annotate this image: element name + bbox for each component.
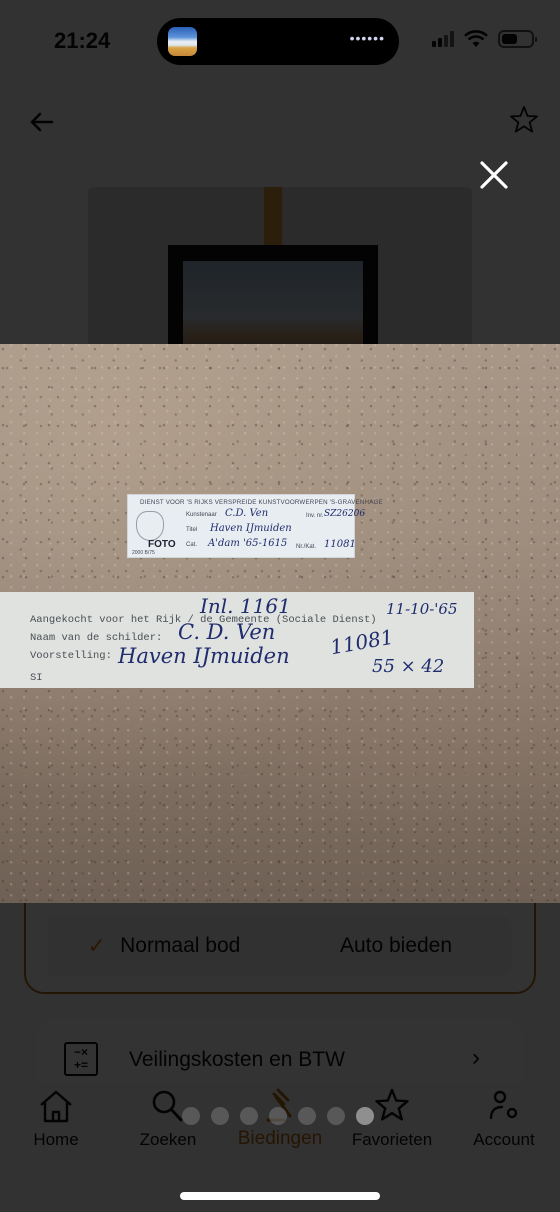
si-line: SI bbox=[30, 672, 43, 684]
star-icon bbox=[372, 1088, 412, 1124]
artist-field-label: Kunstenaar bbox=[186, 512, 217, 518]
handwritten-title: Haven IJmuiden bbox=[118, 644, 290, 668]
top-nav bbox=[0, 100, 560, 144]
artist-value: C.D. Ven bbox=[225, 508, 268, 519]
pager-dot[interactable] bbox=[211, 1107, 229, 1125]
pager-dot[interactable] bbox=[298, 1107, 316, 1125]
home-icon bbox=[36, 1088, 76, 1124]
cellular-signal-icon bbox=[432, 31, 454, 47]
catalog-value: A'dam '65-1615 bbox=[208, 538, 287, 549]
pager-dot[interactable] bbox=[240, 1107, 258, 1125]
foto-stamp: FOTO bbox=[148, 539, 176, 550]
tab-home[interactable]: Home bbox=[0, 1088, 112, 1150]
collection-label-header: DIENST VOOR 'S RIJKS VERSPREIDE KUNSTVOO… bbox=[140, 499, 383, 506]
auction-costs-label: Veilingskosten en BTW bbox=[129, 1048, 345, 1072]
label-code: 2000 B/75 bbox=[132, 550, 155, 556]
back-arrow-icon[interactable] bbox=[26, 106, 58, 138]
status-time: 21:24 bbox=[54, 28, 110, 54]
lightbox-photo[interactable]: DIENST VOOR 'S RIJKS VERSPREIDE KUNSTVOO… bbox=[0, 344, 560, 903]
dynamic-island[interactable]: •••••• bbox=[157, 18, 399, 65]
audio-waveform-icon: •••••• bbox=[350, 30, 385, 46]
close-icon[interactable] bbox=[476, 157, 512, 193]
check-icon: ✓ bbox=[88, 933, 106, 959]
pager-dot[interactable] bbox=[327, 1107, 345, 1125]
photo-pager bbox=[182, 1107, 374, 1125]
calculator-icon: −×+= bbox=[64, 1042, 98, 1076]
now-playing-artwork bbox=[168, 27, 197, 56]
tab-account[interactable]: Account bbox=[448, 1088, 560, 1150]
battery-icon bbox=[498, 30, 534, 48]
auto-bid-option[interactable]: Auto bieden bbox=[280, 916, 512, 976]
inventory-value: SZ26206 bbox=[324, 509, 365, 519]
catalog-field-label: Cat. bbox=[186, 542, 197, 548]
number-value: 11081 bbox=[324, 539, 356, 550]
collection-label: DIENST VOOR 'S RIJKS VERSPREIDE KUNSTVOO… bbox=[127, 494, 355, 558]
chevron-right-icon: › bbox=[472, 1044, 480, 1072]
account-settings-icon bbox=[484, 1088, 524, 1124]
normal-bid-label: Normaal bod bbox=[120, 934, 240, 958]
handwritten-painter: C. D. Ven bbox=[178, 620, 275, 644]
handwritten-inl: Inl. 1161 bbox=[200, 594, 291, 618]
title-value: Haven IJmuiden bbox=[210, 523, 292, 534]
home-indicator[interactable] bbox=[180, 1192, 380, 1200]
wifi-icon bbox=[464, 30, 488, 48]
acquisition-label: Aangekocht voor het Rijk / de Gemeente (… bbox=[0, 592, 474, 688]
inventory-field-label: Inv. nr. bbox=[306, 513, 324, 519]
handwritten-date: 11-10-'65 bbox=[386, 600, 458, 618]
pager-dot[interactable] bbox=[182, 1107, 200, 1125]
subject-line: Voorstelling: bbox=[30, 650, 112, 662]
lion-crest-icon bbox=[136, 511, 164, 541]
pager-dot-active[interactable] bbox=[356, 1107, 374, 1125]
bid-type-toggle: ✓ Normaal bod Auto bieden bbox=[48, 916, 512, 976]
auto-bid-label: Auto bieden bbox=[340, 934, 452, 958]
status-icons bbox=[432, 30, 534, 48]
handwritten-number: 11081 bbox=[328, 625, 395, 660]
normal-bid-option[interactable]: ✓ Normaal bod bbox=[48, 916, 280, 976]
favorite-star-icon[interactable] bbox=[508, 104, 540, 136]
title-field-label: Titel bbox=[186, 527, 197, 533]
handwritten-size: 55 × 42 bbox=[372, 656, 444, 677]
number-field-label: Nr./Kat. bbox=[296, 544, 316, 550]
painter-name-line: Naam van de schilder: bbox=[30, 632, 162, 644]
pager-dot[interactable] bbox=[269, 1107, 287, 1125]
